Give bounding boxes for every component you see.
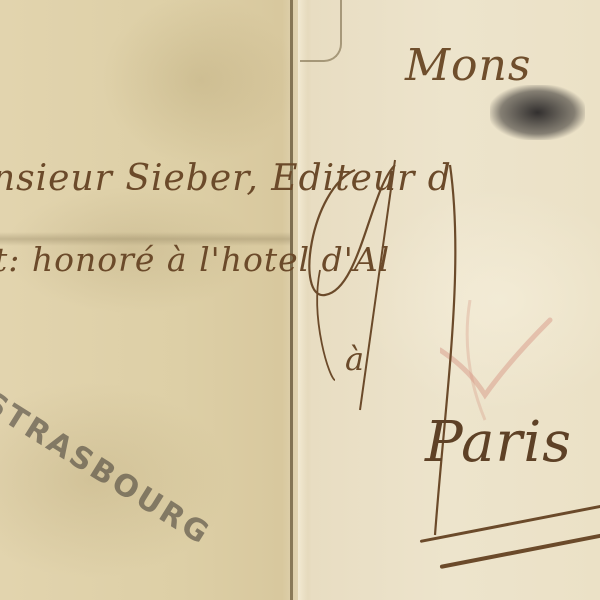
letter-cover: Mons nsieur Sieber, Editeur d t: honoré … bbox=[0, 0, 600, 600]
manuscript-rate-mark bbox=[300, 150, 490, 550]
straight-line-postmark: STRASBOURG bbox=[0, 385, 217, 553]
preposition-text: à bbox=[345, 340, 365, 378]
vertical-fold-crease bbox=[290, 0, 293, 600]
city-text: Paris bbox=[425, 410, 572, 475]
honorific-text: Mons bbox=[405, 40, 531, 91]
paper-tear bbox=[300, 0, 342, 62]
black-handstamp bbox=[490, 85, 585, 140]
